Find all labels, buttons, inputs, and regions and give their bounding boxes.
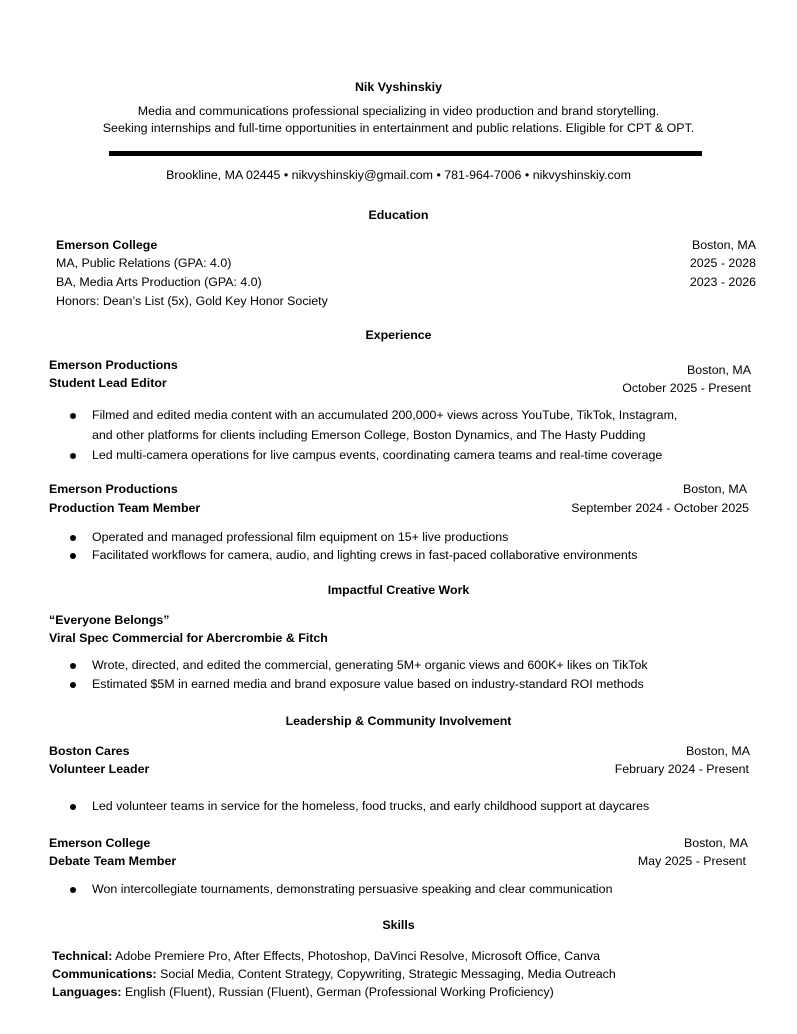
contact-phone[interactable]: 781-964-7006 [444, 168, 521, 182]
contact-separator: • [525, 168, 529, 182]
bullet-icon [70, 553, 76, 559]
bullet-icon [70, 682, 76, 688]
contact-website[interactable]: nikvyshinskiy.com [533, 168, 631, 182]
bullet-icon [70, 887, 76, 893]
contact-email[interactable]: nikvyshinskiy@gmail.com [292, 168, 433, 182]
bullet-text: and other platforms for clients includin… [92, 428, 646, 442]
contact-line: Brookline, MA 02445 • nikvyshinskiy@gmai… [0, 168, 797, 182]
leadership-role: Debate Team Member [49, 854, 176, 868]
creative-work-subtitle: Viral Spec Commercial for Abercrombie & … [49, 631, 328, 645]
bullet-text: Won intercollegiate tournaments, demonst… [92, 882, 612, 896]
contact-separator: • [436, 168, 440, 182]
leadership-dates: May 2025 - Present [638, 854, 746, 868]
degree-name: MA, Public Relations (GPA: 4.0) [56, 256, 231, 270]
bullet-icon [70, 804, 76, 810]
leadership-org: Emerson College [49, 836, 150, 850]
leadership-dates: February 2024 - Present [615, 762, 749, 776]
degree-dates: 2025 - 2028 [690, 256, 756, 270]
skill-value: English (Fluent), Russian (Fluent), Germ… [122, 985, 554, 999]
skill-label: Languages: [52, 985, 122, 999]
section-title-experience: Experience [0, 328, 797, 342]
contact-separator: • [284, 168, 288, 182]
bullet-text: Filmed and edited media content with an … [92, 408, 677, 422]
experience-dates: September 2024 - October 2025 [571, 501, 749, 515]
degree-name: BA, Media Arts Production (GPA: 4.0) [56, 275, 262, 289]
education-honors: Honors: Dean’s List (5x), Gold Key Honor… [56, 294, 328, 308]
bullet-icon [70, 663, 76, 669]
bullet-text: Estimated $5M in earned media and brand … [92, 677, 644, 691]
experience-org: Emerson Productions [49, 358, 178, 372]
bullet-text: Operated and managed professional film e… [92, 530, 508, 544]
section-title-education: Education [0, 208, 797, 222]
skill-value: Adobe Premiere Pro, After Effects, Photo… [112, 949, 600, 963]
experience-role: Production Team Member [49, 501, 200, 515]
contact-location: Brookline, MA 02445 [166, 168, 280, 182]
summary-line-1: Media and communications professional sp… [0, 104, 797, 118]
bullet-text: Wrote, directed, and edited the commerci… [92, 658, 648, 672]
experience-org: Emerson Productions [49, 482, 178, 496]
degree-dates: 2023 - 2026 [690, 275, 756, 289]
header-divider [109, 151, 702, 156]
skill-label: Technical: [52, 949, 112, 963]
skill-label: Communications: [52, 967, 157, 981]
resume-name: Nik Vyshinskiy [0, 80, 797, 94]
summary-line-2: Seeking internships and full-time opport… [0, 121, 797, 135]
leadership-location: Boston, MA [684, 836, 748, 850]
education-school: Emerson College [56, 238, 157, 252]
creative-work-title: “Everyone Belongs” [49, 613, 170, 627]
experience-location: Boston, MA [683, 482, 747, 496]
bullet-icon [70, 535, 76, 541]
bullet-text: Led volunteer teams in service for the h… [92, 799, 649, 813]
leadership-location: Boston, MA [686, 744, 750, 758]
skill-value: Social Media, Content Strategy, Copywrit… [157, 967, 616, 981]
skill-row-communications: Communications: Social Media, Content St… [52, 967, 616, 981]
bullet-icon [70, 453, 76, 459]
education-location: Boston, MA [692, 238, 756, 252]
experience-role: Student Lead Editor [49, 376, 167, 390]
experience-location: Boston, MA [687, 363, 751, 377]
section-title-creative: Impactful Creative Work [0, 583, 797, 597]
section-title-leadership: Leadership & Community Involvement [0, 714, 797, 728]
leadership-org: Boston Cares [49, 744, 130, 758]
experience-dates: October 2025 - Present [622, 381, 751, 395]
leadership-role: Volunteer Leader [49, 762, 149, 776]
section-title-skills: Skills [0, 918, 797, 932]
skill-row-technical: Technical: Adobe Premiere Pro, After Eff… [52, 949, 600, 963]
bullet-text: Led multi-camera operations for live cam… [92, 448, 662, 462]
bullet-icon [70, 413, 76, 419]
skill-row-languages: Languages: English (Fluent), Russian (Fl… [52, 985, 554, 999]
bullet-text: Facilitated workflows for camera, audio,… [92, 548, 637, 562]
